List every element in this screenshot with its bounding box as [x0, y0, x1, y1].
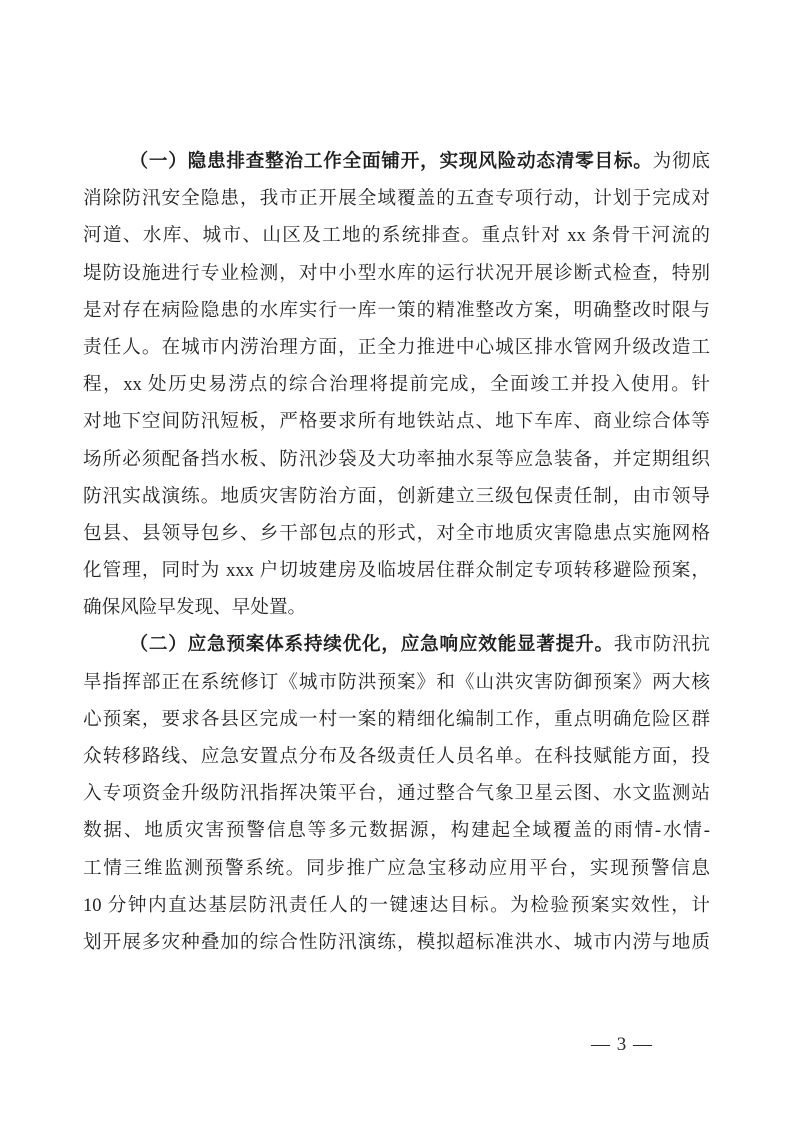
text-line: 堤防设施进行专业检测，对中小型水库的运行状况开展诊断式检查，特别	[83, 255, 710, 292]
document-page: （一）隐患排查整治工作全面铺开，实现风险动态清零目标。为彻底消除防汛安全隐患，我…	[0, 0, 793, 1122]
text-line: 数据、地质灾害预警信息等多元数据源，构建起全域覆盖的雨情-水情-	[83, 812, 710, 849]
text-line: 10 分钟内直达基层防汛责任人的一键速达目标。为检验预案实效性，计	[83, 887, 710, 924]
text-line: （一）隐患排查整治工作全面铺开，实现风险动态清零目标。为彻底	[83, 143, 710, 180]
text-line: 确保风险早发现、早处置。	[83, 589, 710, 626]
text-line: 工情三维监测预警系统。同步推广应急宝移动应用平台，实现预警信息	[83, 850, 710, 887]
text-line: 众转移路线、应急安置点分布及各级责任人员名单。在科技赋能方面，投	[83, 738, 710, 775]
text-line: 场所必须配备挡水板、防汛沙袋及大功率抽水泵等应急装备，并定期组织	[83, 441, 710, 478]
text-line: 心预案，要求各县区完成一村一案的精细化编制工作，重点明确危险区群	[83, 701, 710, 738]
text-line: 入专项资金升级防汛指挥决策平台，通过整合气象卫星云图、水文监测站	[83, 775, 710, 812]
text-line: 防汛实战演练。地质灾害防治方面，创新建立三级包保责任制，由市领导	[83, 478, 710, 515]
text-line: 程，xx 处历史易涝点的综合治理将提前完成，全面竣工并投入使用。针	[83, 366, 710, 403]
text-line: 包县、县领导包乡、乡干部包点的形式，对全市地质灾害隐患点实施网格	[83, 515, 710, 552]
text-line: 消除防汛安全隐患，我市正开展全域覆盖的五查专项行动，计划于完成对	[83, 180, 710, 217]
page-number: — 3 —	[591, 1026, 653, 1063]
text-line: 对地下空间防汛短板，严格要求所有地铁站点、地下车库、商业综合体等	[83, 403, 710, 440]
text-line: 是对存在病险隐患的水库实行一库一策的精准整改方案，明确整改时限与	[83, 292, 710, 329]
text-line: 河道、水库、城市、山区及工地的系统排查。重点针对 xx 条骨干河流的	[83, 217, 710, 254]
text-line: 责任人。在城市内涝治理方面，正全力推进中心城区排水管网升级改造工	[83, 329, 710, 366]
document-body: （一）隐患排查整治工作全面铺开，实现风险动态清零目标。为彻底消除防汛安全隐患，我…	[83, 143, 710, 961]
text-line: （二）应急预案体系持续优化，应急响应效能显著提升。我市防汛抗	[83, 626, 710, 663]
text-line: 化管理，同时为 xxx 户切坡建房及临坡居住群众制定专项转移避险预案，	[83, 552, 710, 589]
text-line: 旱指挥部正在系统修订《城市防洪预案》和《山洪灾害防御预案》两大核	[83, 664, 710, 701]
paragraph-heading-run: （一）隐患排查整治工作全面铺开，实现风险动态清零目标。	[130, 151, 653, 172]
paragraph-heading-run: （二）应急预案体系持续优化，应急响应效能显著提升。	[130, 634, 614, 655]
text-line: 划开展多灾种叠加的综合性防汛演练，模拟超标准洪水、城市内涝与地质	[83, 924, 710, 961]
